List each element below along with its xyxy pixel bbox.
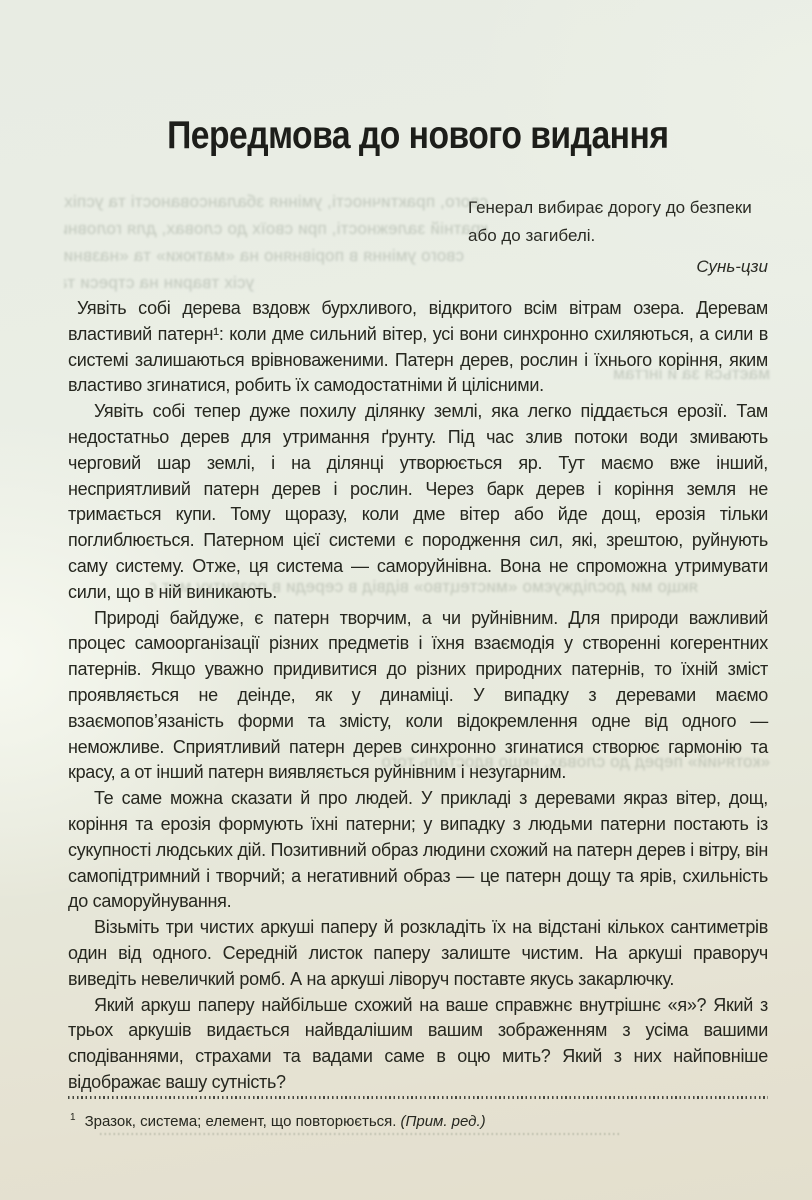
- footnote-marker: 1: [70, 1112, 76, 1123]
- footnote: 1Зразок, система; елемент, що повторюєть…: [68, 1108, 768, 1132]
- chapter-title: Передмова до нового видання: [68, 116, 768, 154]
- body-text: Уявіть собі дерева вздовж бурхливого, ві…: [68, 296, 768, 1096]
- paragraph-people: Те саме можна сказати й про людей. У при…: [68, 786, 768, 915]
- paragraph-trees: Уявіть собі дерева вздовж бурхливого, ві…: [68, 296, 768, 399]
- page-content: Передмова до нового видання Генерал виби…: [68, 0, 768, 1096]
- footnote-text: Зразок, система; елемент, що повторюєтьс…: [85, 1113, 397, 1130]
- paragraph-erosion: Уявіть собі тепер дуже похилу ділянку зе…: [68, 399, 768, 605]
- chapter-title-text: Передмова до нового видання: [167, 113, 668, 158]
- book-page: свого, практичності, уміння збалансовано…: [0, 0, 812, 1200]
- footnote-separator: [68, 1096, 768, 1099]
- paragraph-nature: Природі байдуже, є патерн творчим, а чи …: [68, 606, 768, 787]
- paragraph-paper-sheets: Візьміть три чистих аркуші паперу й розк…: [68, 915, 768, 992]
- footnote-editor-note: (Прим. ред.): [400, 1113, 485, 1130]
- bleedthrough-dotted-rule: [100, 1133, 620, 1135]
- epigraph-attribution: Сунь-цзи: [468, 253, 768, 281]
- paragraph-question: Який аркуш паперу найбільше схожий на ва…: [68, 993, 768, 1096]
- epigraph: Генерал вибирає дорогу до безпеки або до…: [468, 194, 768, 281]
- epigraph-quote: Генерал вибирає дорогу до безпеки або до…: [468, 194, 768, 250]
- footnote-area: 1Зразок, система; елемент, що повторюєть…: [68, 1096, 768, 1132]
